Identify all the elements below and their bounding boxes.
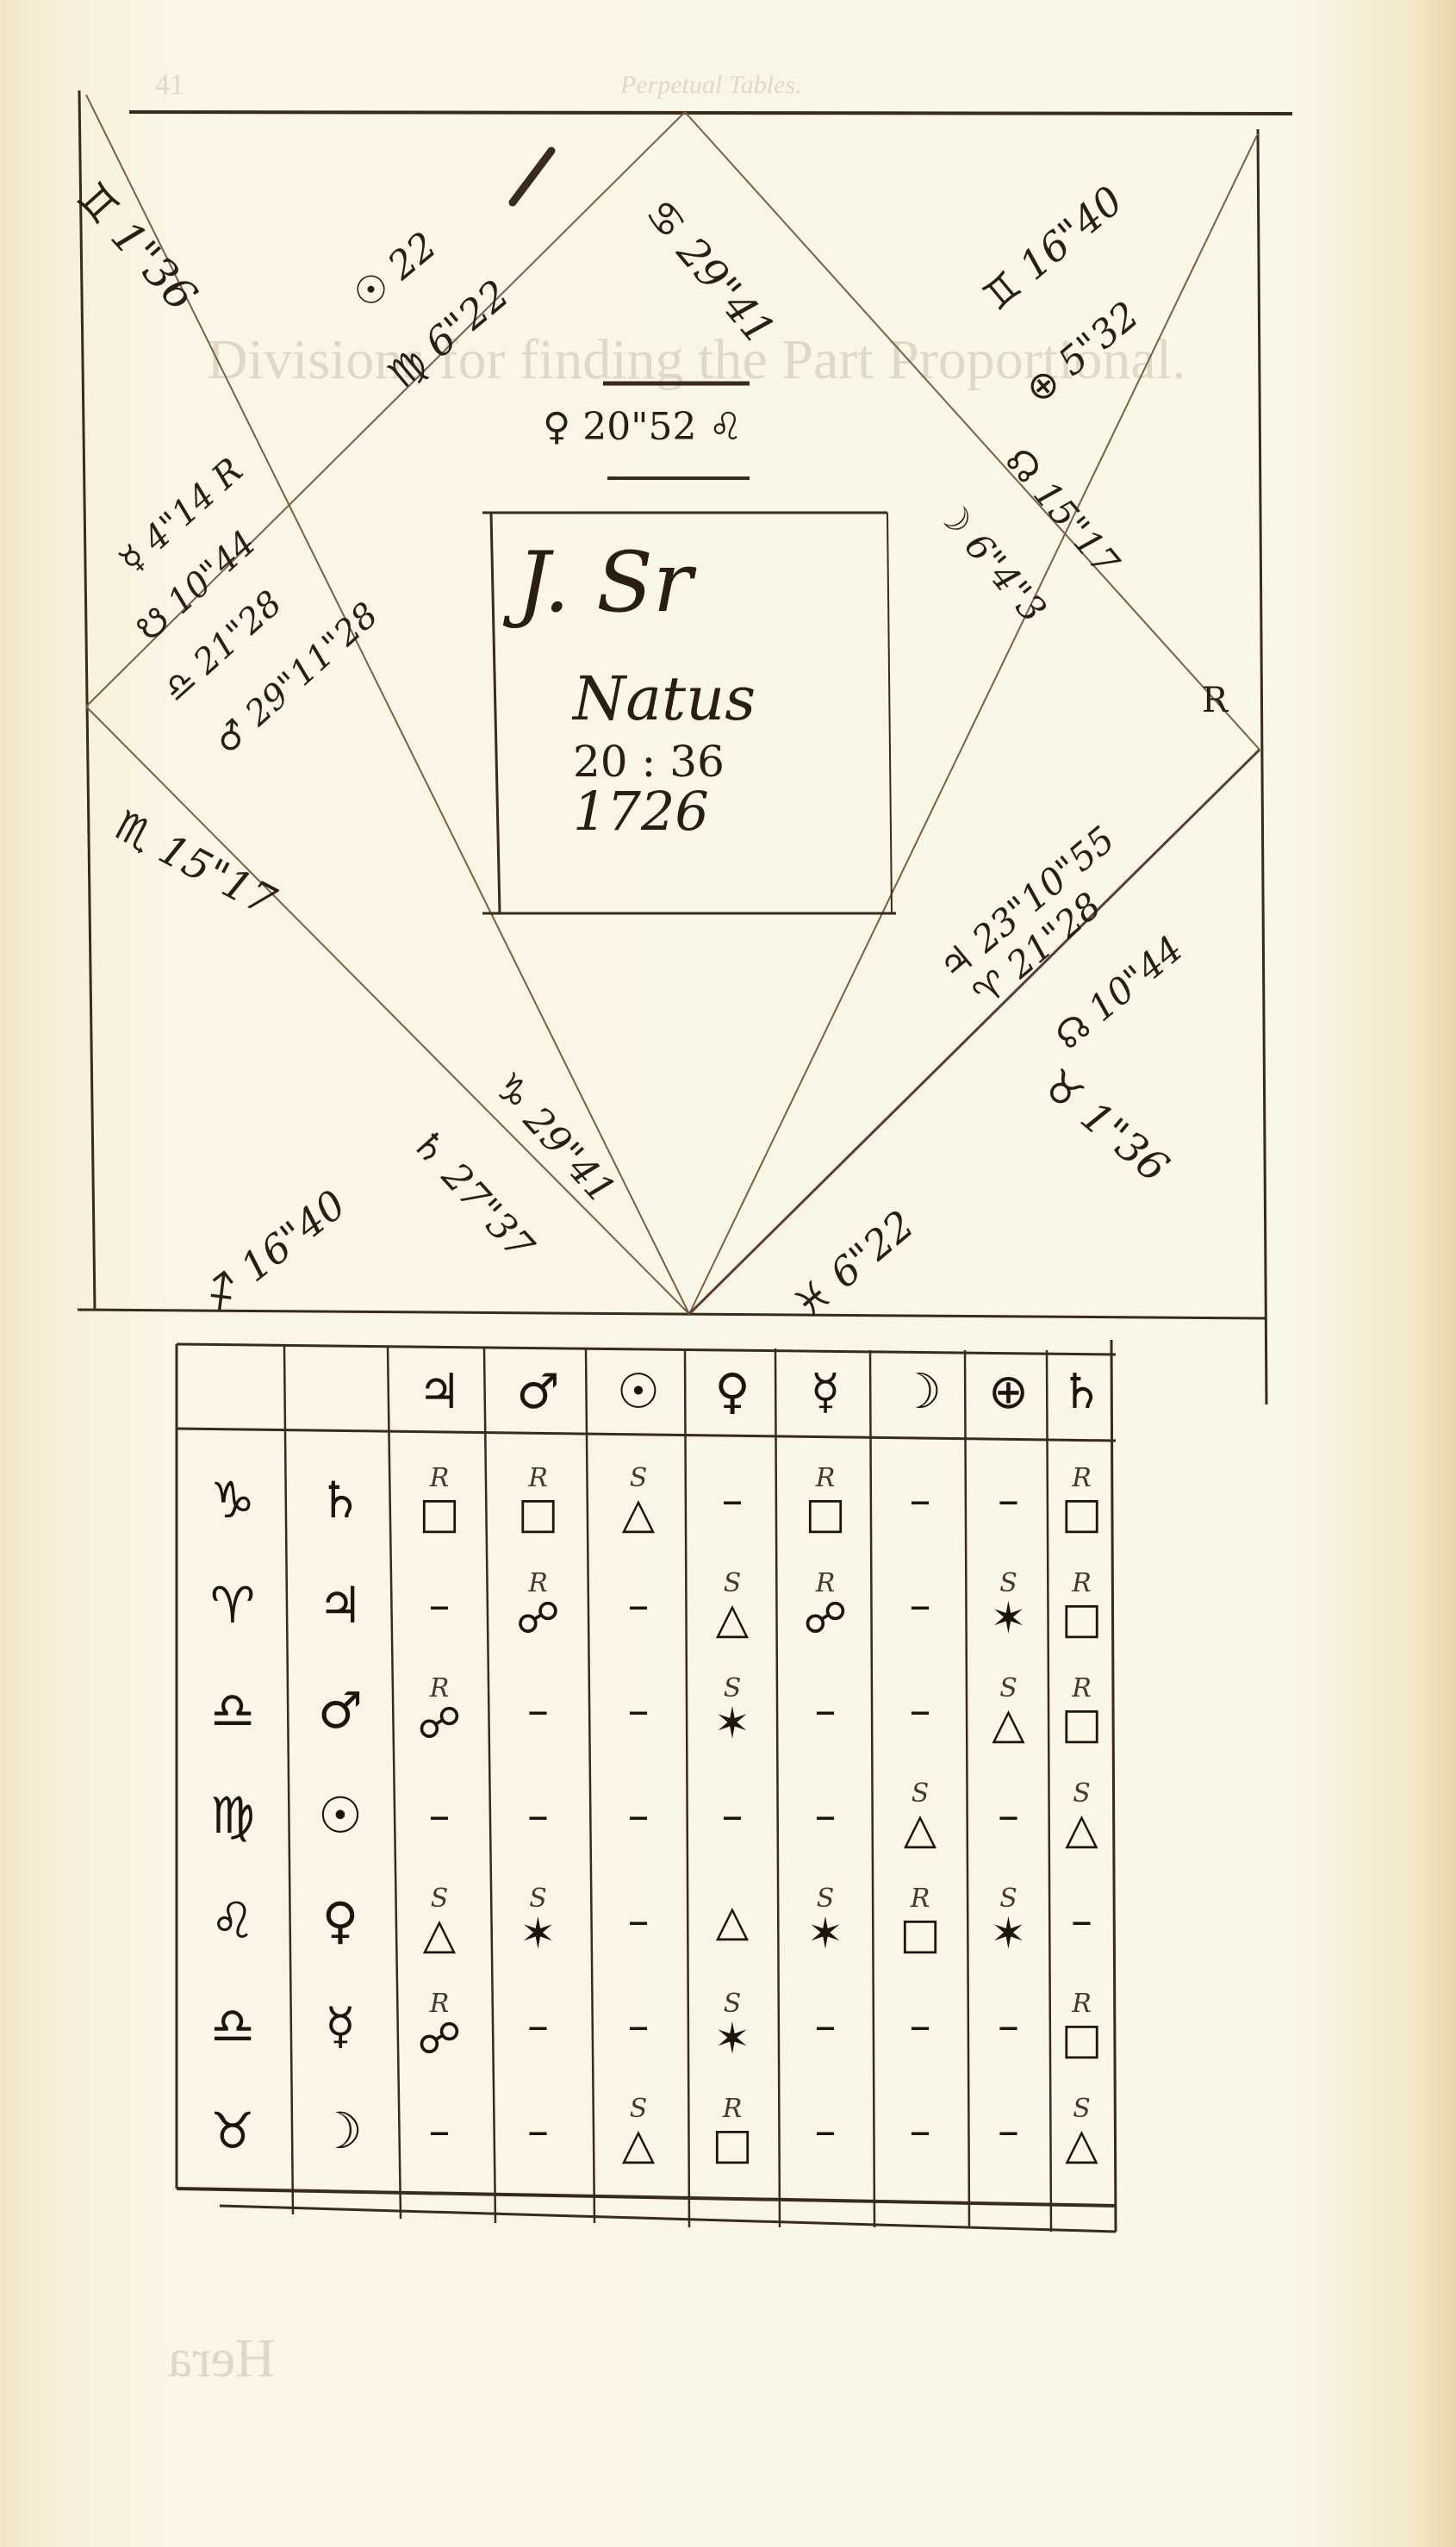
aspect-symbol-icon: ☍ (516, 1597, 560, 1640)
aspect-cell: – (688, 1763, 777, 1868)
aspect-cell: – (392, 2078, 487, 2183)
aspect-cell: S△ (688, 1553, 777, 1658)
aspect-symbol-icon: △ (1065, 1807, 1098, 1850)
aspect-symbol-icon: □ (1061, 1597, 1102, 1640)
aspect-symbol-icon: △ (1065, 2122, 1098, 2165)
aspect-cell: △ (688, 1868, 777, 1973)
aspect-symbol-icon: ✶ (991, 1597, 1027, 1640)
aspect-symbol-icon: ✶ (520, 1912, 557, 1955)
row-ruler-icon: ☽ (289, 2078, 392, 2183)
aspect-cell: – (873, 2078, 968, 2183)
aspect-cell: – (873, 1973, 968, 2078)
aspect-symbol-icon: – (815, 1689, 837, 1732)
aspect-cell: – (392, 1763, 487, 1868)
row-ruler-icon: ♃ (289, 1553, 392, 1658)
aspect-symbol-icon: □ (419, 1491, 459, 1535)
aspect-cell: – (968, 1763, 1049, 1868)
aspect-cell: – (590, 1658, 687, 1763)
aspect-cell: – (688, 1448, 777, 1553)
row-ruler-icon: ♂ (289, 1658, 392, 1763)
aspect-symbol-icon: △ (622, 2122, 655, 2165)
aspect-symbol-icon: □ (805, 1491, 845, 1535)
aspect-cell: S✶ (688, 1658, 777, 1763)
aspect-cell: S✶ (778, 1868, 873, 1973)
aspect-symbol-icon: – (722, 1479, 744, 1522)
aspect-symbol-icon: △ (904, 1807, 936, 1850)
aspect-symbol-icon: △ (622, 1491, 655, 1535)
aspect-symbol-icon: □ (899, 1912, 940, 1955)
row-sign-icon: ♑ (181, 1448, 284, 1553)
aspect-cell: – (392, 1553, 487, 1658)
aspect-cell: S△ (1049, 2078, 1114, 2183)
aspect-symbol-icon: – (527, 1794, 549, 1837)
aspect-symbol-icon: ✶ (714, 1702, 750, 1745)
retrograde-mark: R (1202, 681, 1228, 720)
aspect-cell: R□ (688, 2078, 777, 2183)
aspect-symbol-icon: □ (1061, 2017, 1102, 2060)
aspect-symbol-icon: – (527, 1689, 549, 1732)
venus-icon: ♀ (543, 405, 570, 449)
aspect-symbol-icon: ✶ (991, 1912, 1027, 1955)
aspect-cell: S△ (873, 1763, 968, 1868)
row-sign-icon: ♎ (181, 1973, 284, 2078)
aspect-symbol-icon: – (527, 2109, 549, 2152)
aspect-symbol-icon: – (998, 2004, 1019, 2047)
aspect-cell: – (488, 1658, 588, 1763)
leo-sign-icon: ♌ (708, 405, 742, 449)
aspect-symbol-icon: – (815, 2004, 837, 2047)
aspect-symbol-icon: △ (423, 1912, 456, 1955)
aspect-cell: S✶ (968, 1868, 1049, 1973)
aspect-cell: S✶ (968, 1553, 1049, 1658)
col-header-jupiter: ♃ (392, 1357, 487, 1426)
row-sign-icon: ♌ (181, 1868, 284, 1973)
aspect-cell: – (873, 1553, 968, 1658)
aspect-cell: – (968, 2078, 1049, 2183)
aspect-symbol-icon: ✶ (714, 2017, 750, 2060)
aspect-cell: S✶ (688, 1973, 777, 2078)
aspect-symbol-icon: □ (518, 1491, 558, 1535)
aspect-cell: – (488, 1763, 588, 1868)
aspect-symbol-icon: – (628, 2004, 650, 2047)
aspect-symbol-icon: – (628, 1794, 650, 1837)
aspect-cell: R□ (1049, 1658, 1114, 1763)
aspect-cell: – (778, 2078, 873, 2183)
aspect-cell: S△ (590, 1448, 687, 1553)
native-initials: J. Sr (517, 534, 693, 631)
aspect-symbol-icon: – (429, 1794, 451, 1837)
aspect-symbol-icon: – (628, 1899, 650, 1942)
h10-venus: ♀ 20"52 ♌ (543, 405, 743, 449)
col-header-mars: ♂ (488, 1357, 588, 1426)
aspect-cell: – (968, 1448, 1049, 1553)
aspect-symbol-icon: – (429, 2109, 451, 2152)
row-ruler-icon: ☉ (289, 1763, 392, 1868)
aspect-cell: – (590, 1763, 687, 1868)
aspect-symbol-icon: ☍ (418, 1702, 462, 1745)
aspect-symbol-icon: – (815, 2109, 837, 2152)
aspect-cell: R□ (1049, 1553, 1114, 1658)
aspect-cell: R□ (873, 1868, 968, 1973)
row-sign-icon: ♍ (181, 1763, 284, 1868)
aspect-cell: – (873, 1658, 968, 1763)
aspect-symbol-icon: □ (1061, 1702, 1102, 1745)
aspect-cell: S△ (1049, 1763, 1114, 1868)
aspect-cell: R□ (1049, 1448, 1114, 1553)
aspect-cell: S△ (392, 1868, 487, 1973)
row-sign-icon: ♈ (181, 1553, 284, 1658)
aspect-symbol-icon: ✶ (807, 1912, 843, 1955)
aspect-cell: R☍ (778, 1553, 873, 1658)
aspect-cell: S△ (968, 1658, 1049, 1763)
aspect-symbol-icon: – (910, 2004, 931, 2047)
aspect-symbol-icon: – (722, 1794, 744, 1837)
aspect-symbol-icon: – (815, 1794, 837, 1837)
aspect-symbol-icon: – (429, 1584, 451, 1627)
aspect-symbol-icon: △ (716, 1899, 749, 1942)
aspect-cell: R☍ (392, 1658, 487, 1763)
aspect-cell: – (968, 1973, 1049, 2078)
aspect-symbol-icon: – (998, 2109, 1019, 2152)
aspect-cell: – (590, 1868, 687, 1973)
aspect-symbol-icon: – (998, 1479, 1019, 1522)
aspect-cell: R□ (778, 1448, 873, 1553)
aspect-cell: – (488, 2078, 588, 2183)
aspect-symbol-icon: □ (1061, 1491, 1102, 1535)
col-header-sun: ☉ (590, 1357, 687, 1426)
row-ruler-icon: ♀ (289, 1868, 392, 1973)
aspect-cell: R□ (488, 1448, 588, 1553)
aspect-symbol-icon: ☍ (804, 1597, 848, 1640)
aspect-cell: S✶ (488, 1868, 588, 1973)
col-header-fortune: ⊕ (968, 1357, 1049, 1426)
col-header-moon: ☽ (873, 1357, 968, 1426)
natus-label: Natus (573, 663, 756, 734)
aspect-cell: – (873, 1448, 968, 1553)
row-ruler-icon: ♄ (289, 1448, 392, 1553)
aspect-cell: – (488, 1973, 588, 2078)
col-header-saturn: ♄ (1049, 1357, 1114, 1426)
aspect-cell: – (778, 1973, 873, 2078)
aspect-cell: R☍ (392, 1973, 487, 2078)
aspect-cell: – (1049, 1868, 1114, 1973)
row-sign-icon: ♎ (181, 1658, 284, 1763)
aspect-symbol-icon: – (527, 2004, 549, 2047)
aspect-symbol-icon: – (910, 1584, 931, 1627)
col-header-venus: ♀ (688, 1357, 777, 1426)
aspect-cell: – (778, 1658, 873, 1763)
row-sign-icon: ♉ (181, 2078, 284, 2183)
aspect-symbol-icon: □ (712, 2122, 752, 2165)
aspect-cell: R□ (392, 1448, 487, 1553)
row-ruler-icon: ☿ (289, 1973, 392, 2078)
aspect-cell: – (590, 1973, 687, 2078)
aspect-symbol-icon: △ (992, 1702, 1024, 1745)
aspect-symbol-icon: – (628, 1584, 650, 1627)
aspect-cell: S△ (590, 2078, 687, 2183)
venus-position: 20"52 (582, 405, 696, 449)
aspect-symbol-icon: △ (716, 1597, 749, 1640)
aspect-symbol-icon: – (998, 1794, 1019, 1837)
col-header-mercury: ☿ (778, 1357, 873, 1426)
aspect-symbol-icon: – (628, 1689, 650, 1732)
aspect-symbol-icon: – (910, 1689, 931, 1732)
aspect-symbol-icon: – (1071, 1899, 1092, 1942)
aspect-cell: – (778, 1763, 873, 1868)
aspect-symbol-icon: – (910, 1479, 931, 1522)
aspect-cell: R□ (1049, 1973, 1114, 2078)
aspect-symbol-icon: – (910, 2109, 931, 2152)
birth-year: 1726 (573, 780, 709, 843)
aspect-cell: – (590, 1553, 687, 1658)
aspect-symbol-icon: ☍ (418, 2017, 462, 2060)
aspect-cell: R☍ (488, 1553, 588, 1658)
